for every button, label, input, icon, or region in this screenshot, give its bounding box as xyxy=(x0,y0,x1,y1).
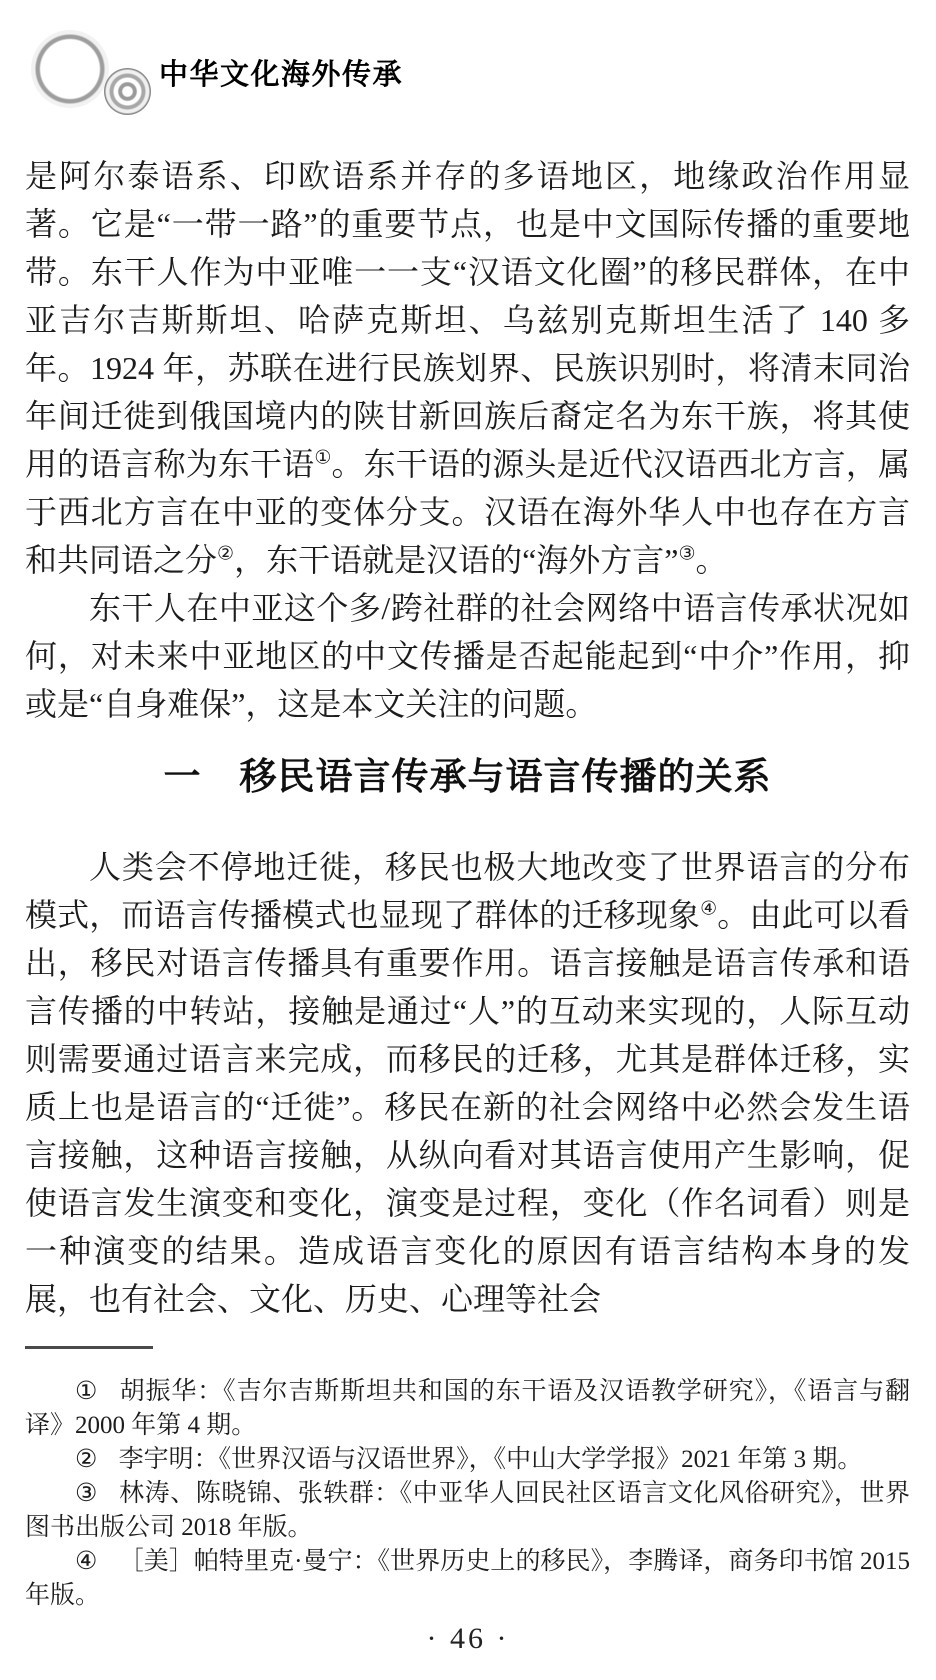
footnote-item: ③林涛、陈晓锦、张轶群：《中亚华人回民社区语言文化风俗研究》，世界图书出版公司 … xyxy=(25,1477,910,1545)
footnote-marker: ① xyxy=(75,1378,98,1405)
footnote-ref: ④ xyxy=(700,898,717,919)
body-paragraph: 东干人在中亚这个多/跨社群的社会网络中语言传承状况如何，对未来中亚地区的中文传播… xyxy=(25,584,910,728)
footnote-marker: ④ xyxy=(75,1548,97,1575)
book-page: 中华文化海外传承 是阿尔泰语系、印欧语系并存的多语地区，地缘政治作用显著。它是“… xyxy=(0,0,936,1680)
small-ring-icon xyxy=(104,68,151,115)
header-title: 中华文化海外传承 xyxy=(159,52,403,93)
footnotes-section: ①胡振华：《吉尔吉斯斯坦共和国的东干语及汉语教学研究》，《语言与翻译》2000 … xyxy=(25,1346,910,1613)
footnote-separator xyxy=(25,1346,153,1349)
footnote-item: ②李宇明：《世界汉语与汉语世界》，《中山大学学报》2021 年第 3 期。 xyxy=(25,1443,910,1477)
footnote-item: ①胡振华：《吉尔吉斯斯坦共和国的东干语及汉语教学研究》，《语言与翻译》2000 … xyxy=(25,1375,910,1443)
page-header: 中华文化海外传承 xyxy=(25,28,910,126)
footnote-list: ①胡振华：《吉尔吉斯斯坦共和国的东干语及汉语教学研究》，《语言与翻译》2000 … xyxy=(25,1375,910,1613)
page-number: · 46 · xyxy=(0,1622,936,1656)
rings-logo xyxy=(25,28,153,126)
section-heading: 一 移民语言传承与语言传播的关系 xyxy=(25,758,910,799)
footnote-marker: ③ xyxy=(75,1480,98,1507)
content-area: 是阿尔泰语系、印欧语系并存的多语地区，地缘政治作用显著。它是“一带一路”的重要节… xyxy=(25,152,910,1323)
body-paragraph: 人类会不停地迁徙，移民也极大地改变了世界语言的分布模式，而语言传播模式也显现了群… xyxy=(25,843,910,1323)
footnote-ref: ③ xyxy=(678,543,695,564)
footnote-ref: ① xyxy=(314,447,331,468)
footnote-marker: ② xyxy=(75,1446,97,1473)
large-ring-icon xyxy=(31,30,109,108)
body-paragraph: 是阿尔泰语系、印欧语系并存的多语地区，地缘政治作用显著。它是“一带一路”的重要节… xyxy=(25,152,910,584)
footnote-ref: ② xyxy=(217,543,234,564)
footnote-item: ④［美］帕特里克·曼宁：《世界历史上的移民》，李腾译，商务印书馆 2015 年版… xyxy=(25,1545,910,1613)
